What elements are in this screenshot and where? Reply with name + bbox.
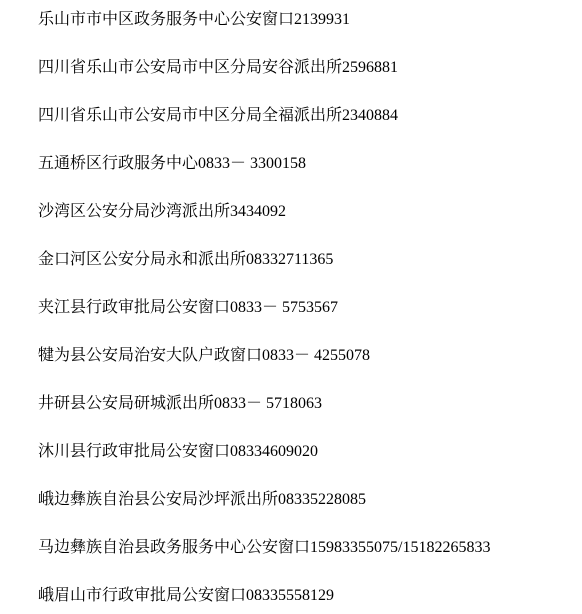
contact-line-qianwei-window: 犍为县公安局治安大队户政窗口0833－ 4255078	[38, 348, 572, 364]
contact-line-angu-station: 四川省乐山市公安局市中区分局安谷派出所2596881	[38, 60, 572, 76]
contact-line-ebian-shaping-station: 峨边彝族自治县公安局沙坪派出所08335228085	[38, 492, 572, 508]
contact-line-emeishan-window: 峨眉山市行政审批局公安窗口08335558129	[38, 588, 572, 604]
contact-line-muchuan-window: 沐川县行政审批局公安窗口08334609020	[38, 444, 572, 460]
contact-line-jinkouhe-yonghe-station: 金口河区公安分局永和派出所08332711365	[38, 252, 572, 268]
contact-line-mabian-center-window: 马边彝族自治县政务服务中心公安窗口15983355075/15182265833	[38, 540, 572, 556]
contact-line-leshan-shizhongqu-center: 乐山市市中区政务服务中心公安窗口2139931	[38, 12, 572, 28]
contact-line-quanfu-station: 四川省乐山市公安局市中区分局全福派出所2340884	[38, 108, 572, 124]
contact-line-jingyan-yancheng-station: 井研县公安局研城派出所0833－ 5718063	[38, 396, 572, 412]
contact-line-shawan-station: 沙湾区公安分局沙湾派出所3434092	[38, 204, 572, 220]
contact-line-wutongqiao-center: 五通桥区行政服务中心0833－ 3300158	[38, 156, 572, 172]
contact-list-document: 乐山市市中区政务服务中心公安窗口2139931 四川省乐山市公安局市中区分局安谷…	[0, 0, 582, 614]
contact-line-jiajiang-window: 夹江县行政审批局公安窗口0833－ 5753567	[38, 300, 572, 316]
